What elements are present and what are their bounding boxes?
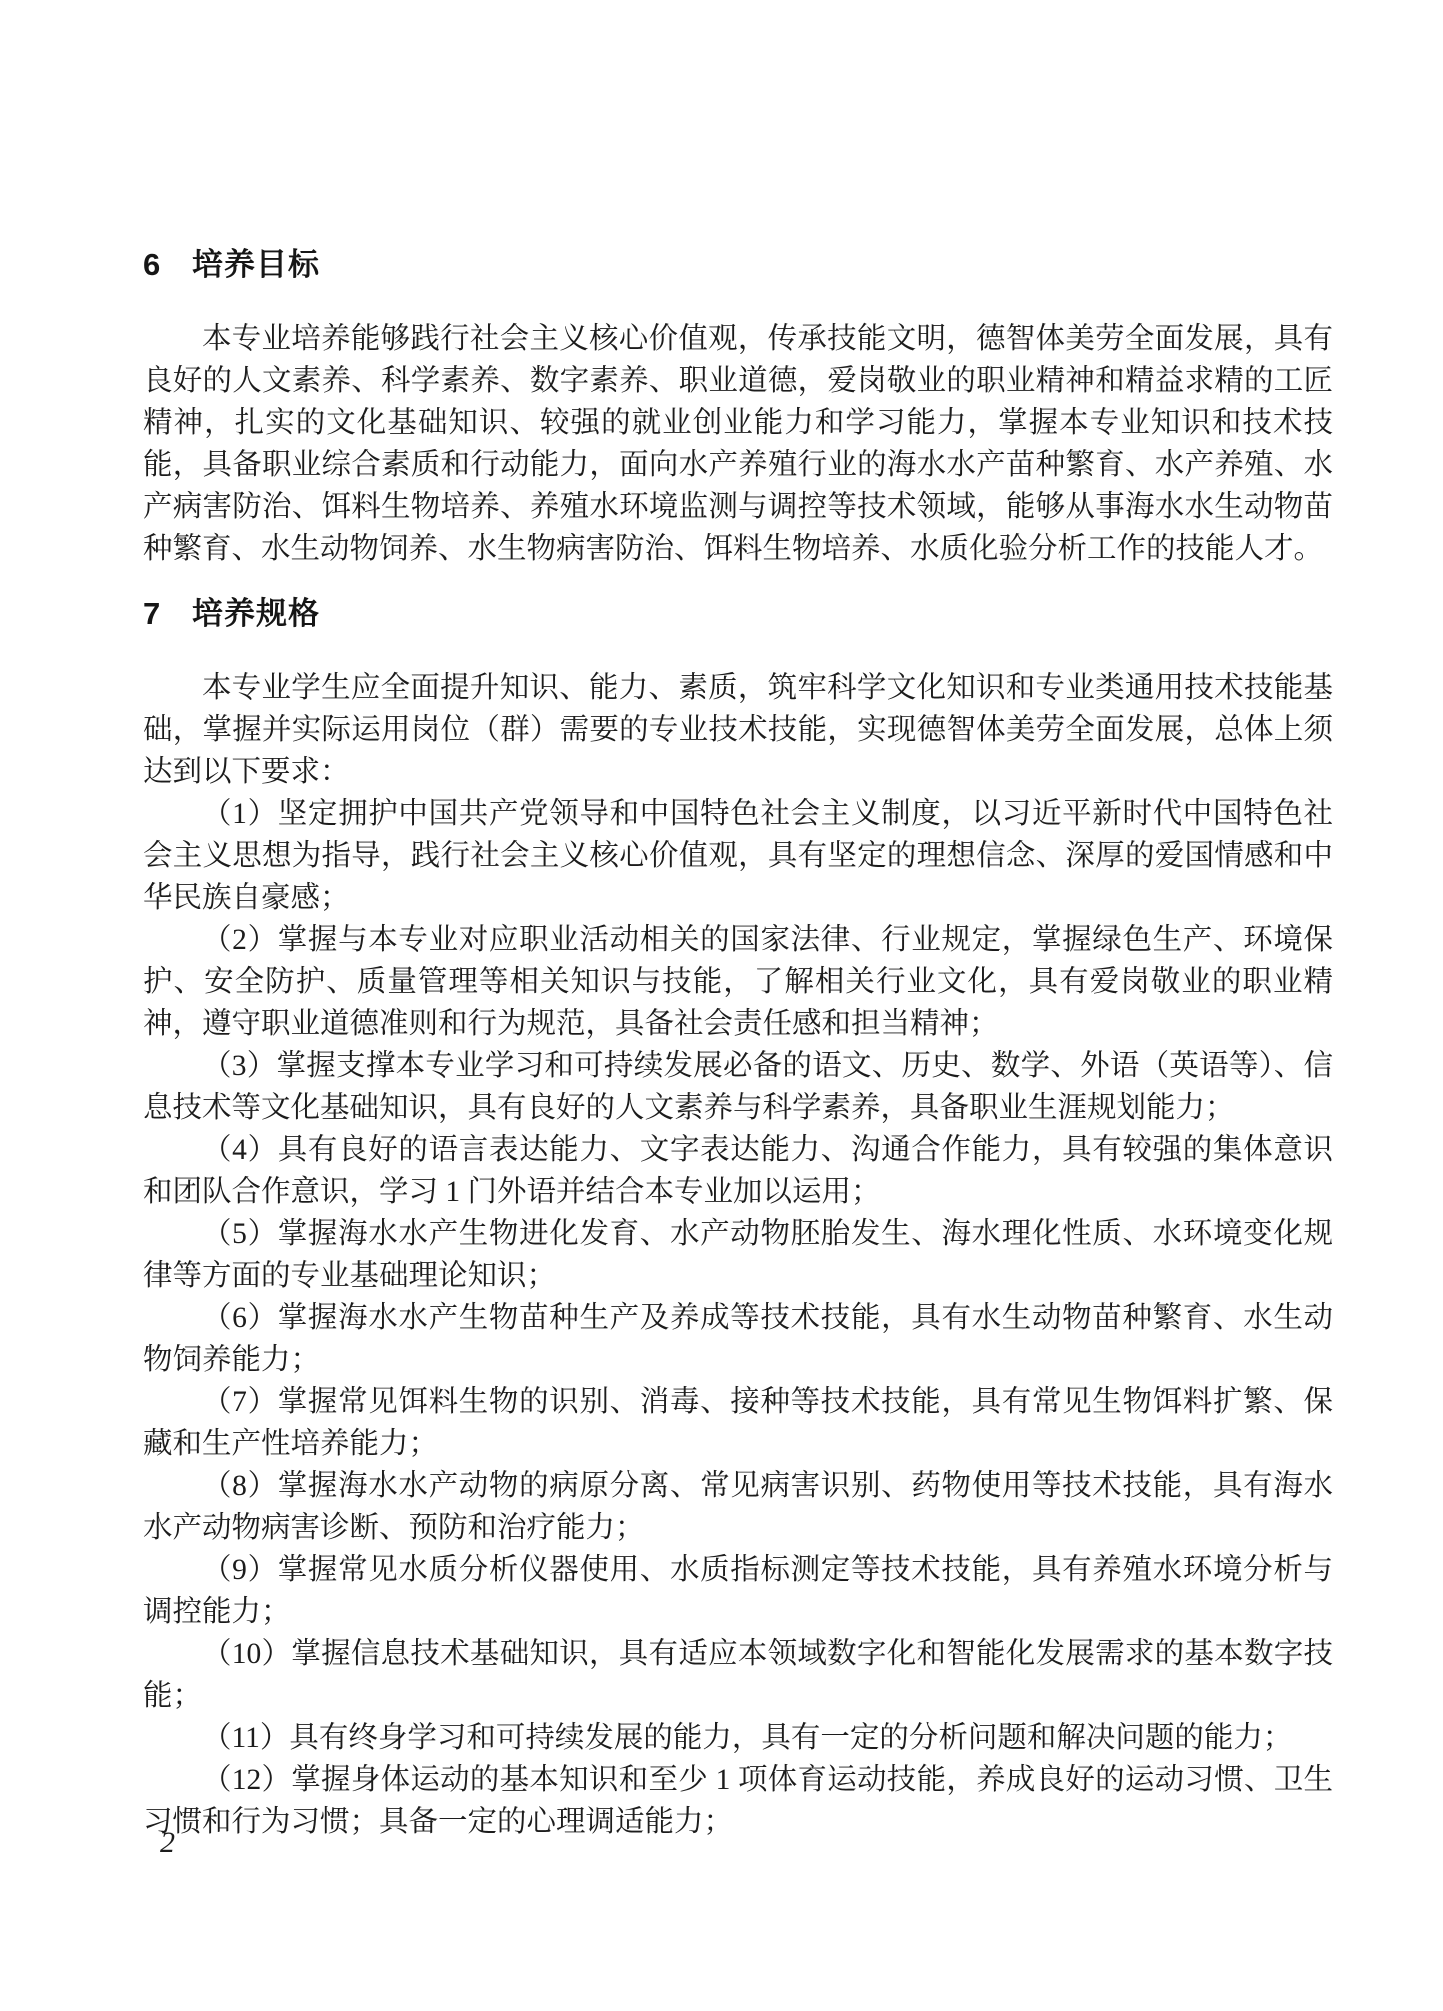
spec-item-1: （1）坚定拥护中国共产党领导和中国特色社会主义制度，以习近平新时代中国特色社会主… bbox=[143, 793, 1333, 919]
spec-item-5: （5）掌握海水水产生物进化发育、水产动物胚胎发生、海水理化性质、水环境变化规律等… bbox=[143, 1213, 1333, 1297]
specifications-intro-paragraph: 本专业学生应全面提升知识、能力、素质，筑牢科学文化知识和专业类通用技术技能基础，… bbox=[143, 667, 1333, 793]
spec-item-9: （9）掌握常见水质分析仪器使用、水质指标测定等技术技能，具有养殖水环境分析与调控… bbox=[143, 1549, 1333, 1633]
spec-item-12: （12）掌握身体运动的基本知识和至少 1 项体育运动技能，养成良好的运动习惯、卫… bbox=[143, 1759, 1333, 1843]
section-title: 培养规格 bbox=[192, 596, 320, 631]
page-number: 2 bbox=[160, 1826, 175, 1860]
spec-item-7: （7）掌握常见饵料生物的识别、消毒、接种等技术技能，具有常见生物饵料扩繁、保藏和… bbox=[143, 1381, 1333, 1465]
section-number: 6 bbox=[143, 247, 192, 283]
spec-item-10: （10）掌握信息技术基础知识，具有适应本领域数字化和智能化发展需求的基本数字技能… bbox=[143, 1633, 1333, 1717]
objectives-paragraph: 本专业培养能够践行社会主义核心价值观，传承技能文明，德智体美劳全面发展，具有良好… bbox=[143, 318, 1333, 570]
spec-item-11: （11）具有终身学习和可持续发展的能力，具有一定的分析问题和解决问题的能力； bbox=[143, 1717, 1333, 1759]
document-page: 6培养目标 本专业培养能够践行社会主义核心价值观，传承技能文明，德智体美劳全面发… bbox=[0, 0, 1443, 2011]
spec-item-4: （4）具有良好的语言表达能力、文字表达能力、沟通合作能力，具有较强的集体意识和团… bbox=[143, 1129, 1333, 1213]
section-heading-training-objectives: 6培养目标 bbox=[143, 247, 1333, 283]
section-number: 7 bbox=[143, 596, 192, 632]
section-heading-training-specifications: 7培养规格 bbox=[143, 596, 1333, 632]
spec-item-6: （6）掌握海水水产生物苗种生产及养成等技术技能，具有水生动物苗种繁育、水生动物饲… bbox=[143, 1297, 1333, 1381]
section-title: 培养目标 bbox=[192, 247, 320, 282]
spec-item-8: （8）掌握海水水产动物的病原分离、常见病害识别、药物使用等技术技能，具有海水水产… bbox=[143, 1465, 1333, 1549]
spec-item-2: （2）掌握与本专业对应职业活动相关的国家法律、行业规定，掌握绿色生产、环境保护、… bbox=[143, 919, 1333, 1045]
spec-item-3: （3）掌握支撑本专业学习和可持续发展必备的语文、历史、数学、外语（英语等）、信息… bbox=[143, 1045, 1333, 1129]
